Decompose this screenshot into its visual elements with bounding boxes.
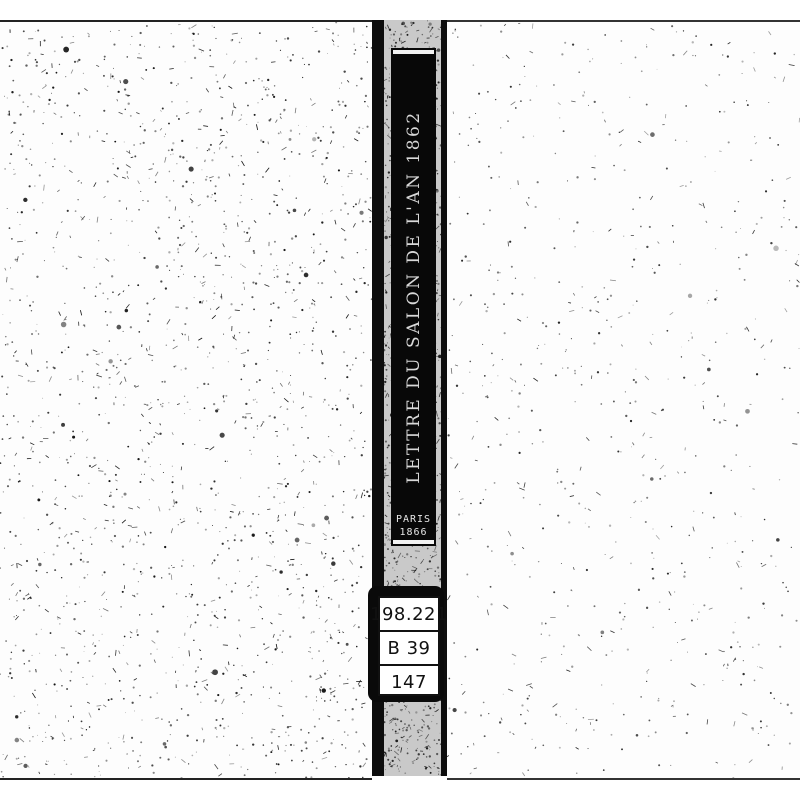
paper-speckle-texture <box>0 22 372 778</box>
call-number-card: 198.221 B 39 147 <box>378 596 440 696</box>
call-number-line-3: 147 <box>380 666 438 698</box>
spine-title: LETTRE DU SALON DE L'AN 1862 <box>404 110 424 483</box>
book-spine: LETTRE DU SALON DE L'AN 1862 PARIS 1866 … <box>372 20 447 776</box>
call-number-line-1: 198.221 <box>380 598 438 632</box>
spine-imprint: PARIS 1866 <box>391 513 436 539</box>
gilt-rule-bottom <box>393 540 434 544</box>
imprint-place: PARIS <box>391 513 436 526</box>
call-number-label: 198.221 B 39 147 <box>368 586 444 702</box>
gilt-rule-top <box>393 50 434 54</box>
paper-speckle-texture <box>447 22 800 778</box>
back-board <box>447 20 800 780</box>
spine-title-label: LETTRE DU SALON DE L'AN 1862 PARIS 1866 <box>391 48 436 546</box>
imprint-year: 1866 <box>391 526 436 539</box>
call-number-line-2: B 39 <box>380 632 438 666</box>
front-board <box>0 20 372 780</box>
